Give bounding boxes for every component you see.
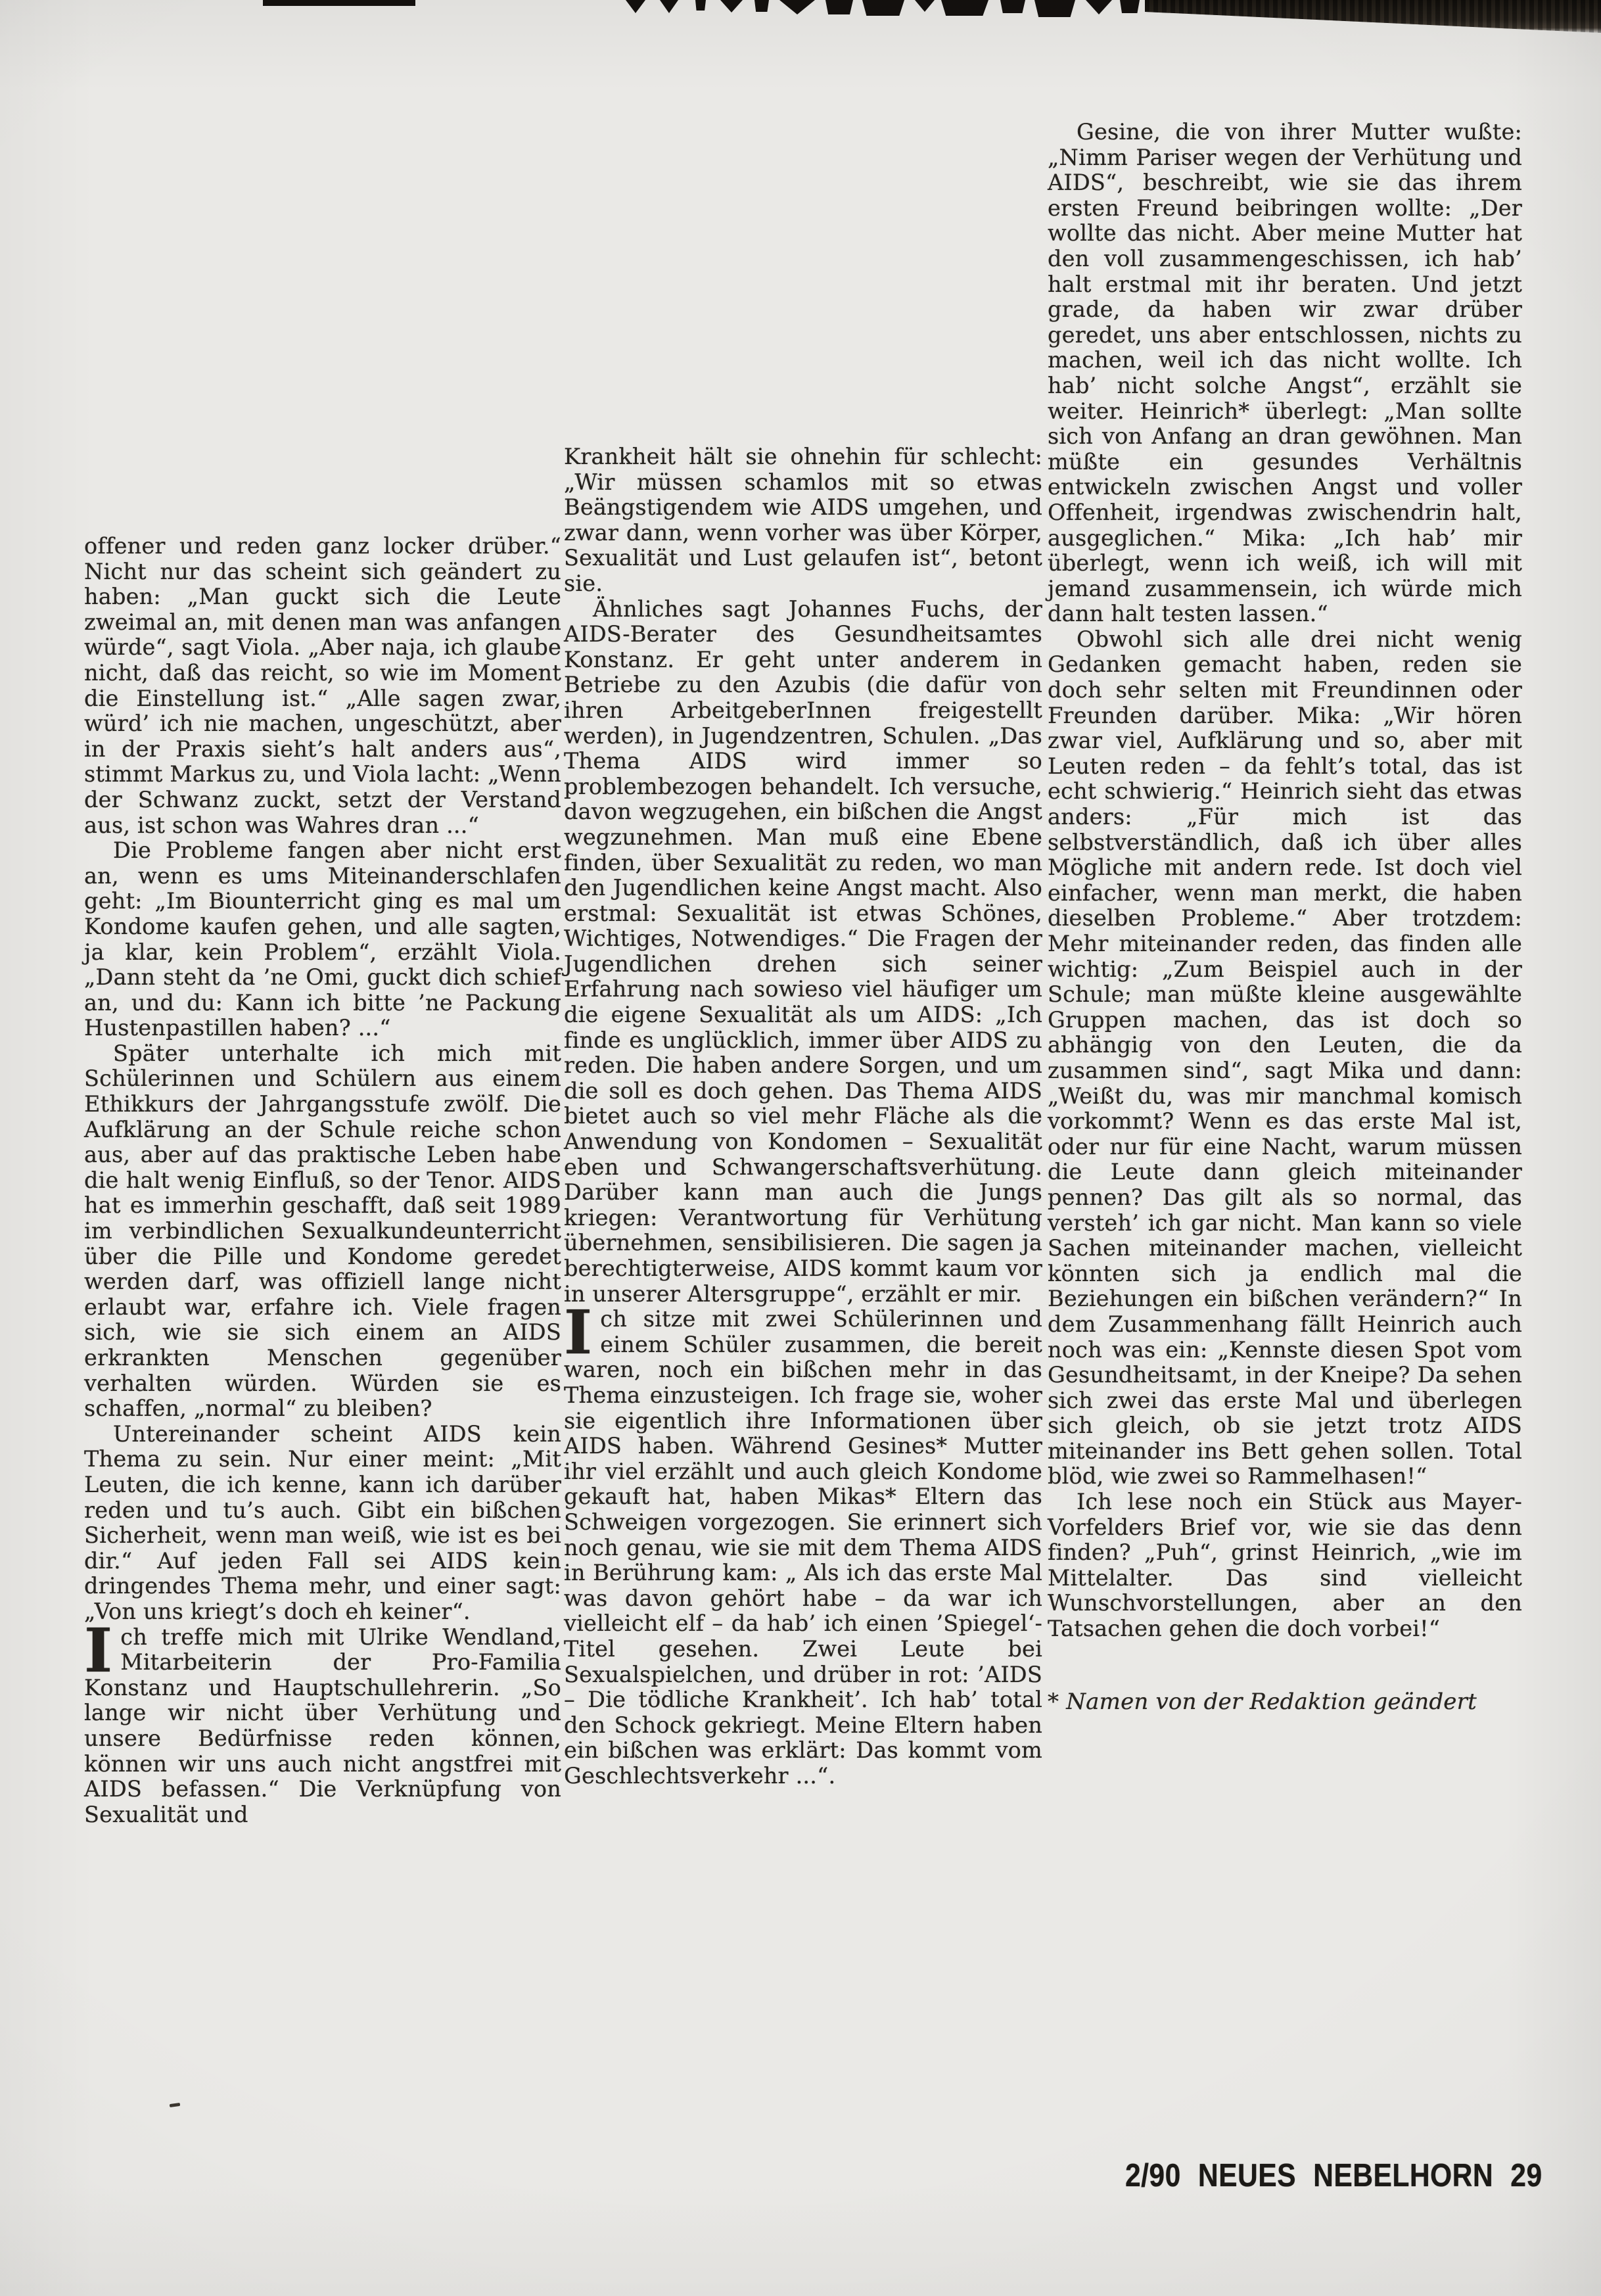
paragraph: Ich sitze mit zwei Schülerinnen und eine… bbox=[564, 1307, 1042, 1789]
footer-page-number: 29 bbox=[1510, 2158, 1542, 2193]
paragraph: offener und reden ganz locker drüber.“ N… bbox=[84, 534, 561, 838]
paragraph: Ähnliches sagt Johannes Fuchs, der AIDS-… bbox=[564, 597, 1042, 1307]
drop-cap-letter: I bbox=[84, 1625, 120, 1675]
drop-cap-letter: I bbox=[564, 1307, 600, 1357]
scan-artifact-letter bbox=[1000, 0, 1025, 13]
paragraph: Untereinander scheint AIDS kein Thema zu… bbox=[84, 1422, 561, 1625]
paragraph: Gesine, die von ihrer Mutter wußte: „Nim… bbox=[1048, 120, 1522, 627]
scan-artifact-letter bbox=[915, 0, 935, 12]
paragraph: Ich lese noch ein Stück aus Mayer-Vorfel… bbox=[1048, 1489, 1522, 1642]
article-column-right: Gesine, die von ihrer Mutter wußte: „Nim… bbox=[1048, 120, 1522, 1714]
scan-artifact-letter bbox=[660, 0, 678, 13]
footer-issue-label: 2/90 bbox=[1125, 2158, 1181, 2193]
scan-artifact-top-bar bbox=[263, 0, 415, 6]
scan-artifact-letter bbox=[779, 0, 815, 14]
scan-artifact-letter bbox=[720, 0, 743, 12]
scan-artifact-letter bbox=[626, 0, 645, 13]
paragraph: Später unterhalte ich mich mit Schülerin… bbox=[84, 1041, 561, 1422]
article-column-left: offener und reden ganz locker drüber.“ N… bbox=[84, 534, 561, 1827]
page-footer: 2/90 NEUES NEBELHORN 29 bbox=[1125, 2157, 1543, 2194]
paragraph: Ich treffe mich mit Ulrike Wendland, Mit… bbox=[84, 1625, 561, 1828]
scan-artifact-letter bbox=[862, 0, 904, 16]
scan-artifact-smudge bbox=[1145, 0, 1601, 33]
paragraph: Obwohl sich alle drei nicht wenig Gedank… bbox=[1048, 627, 1522, 1489]
editorial-footnote: * Namen von der Redaktion geändert bbox=[1048, 1689, 1522, 1715]
scan-artifact-letter bbox=[1086, 0, 1112, 14]
scan-artifact-letter bbox=[1034, 0, 1075, 17]
article-column-middle: Krankheit hält sie ohnehin für schlecht:… bbox=[564, 444, 1042, 1789]
footer-magazine-name: NEUES NEBELHORN bbox=[1198, 2158, 1493, 2193]
scan-artifact-letter bbox=[1120, 0, 1140, 13]
paragraph: Die Probleme fangen aber nicht erst an, … bbox=[84, 838, 561, 1041]
magazine-page-scan: offener und reden ganz locker drüber.“ N… bbox=[0, 0, 1601, 2296]
scan-artifact-letter bbox=[754, 0, 769, 12]
scan-artifact-letter bbox=[695, 0, 706, 11]
scan-artifact-letter bbox=[941, 0, 988, 16]
scan-artifact-letter bbox=[825, 0, 853, 14]
scan-artifact-ink-dash bbox=[170, 2103, 181, 2107]
paragraph: Krankheit hält sie ohnehin für schlecht:… bbox=[564, 444, 1042, 597]
